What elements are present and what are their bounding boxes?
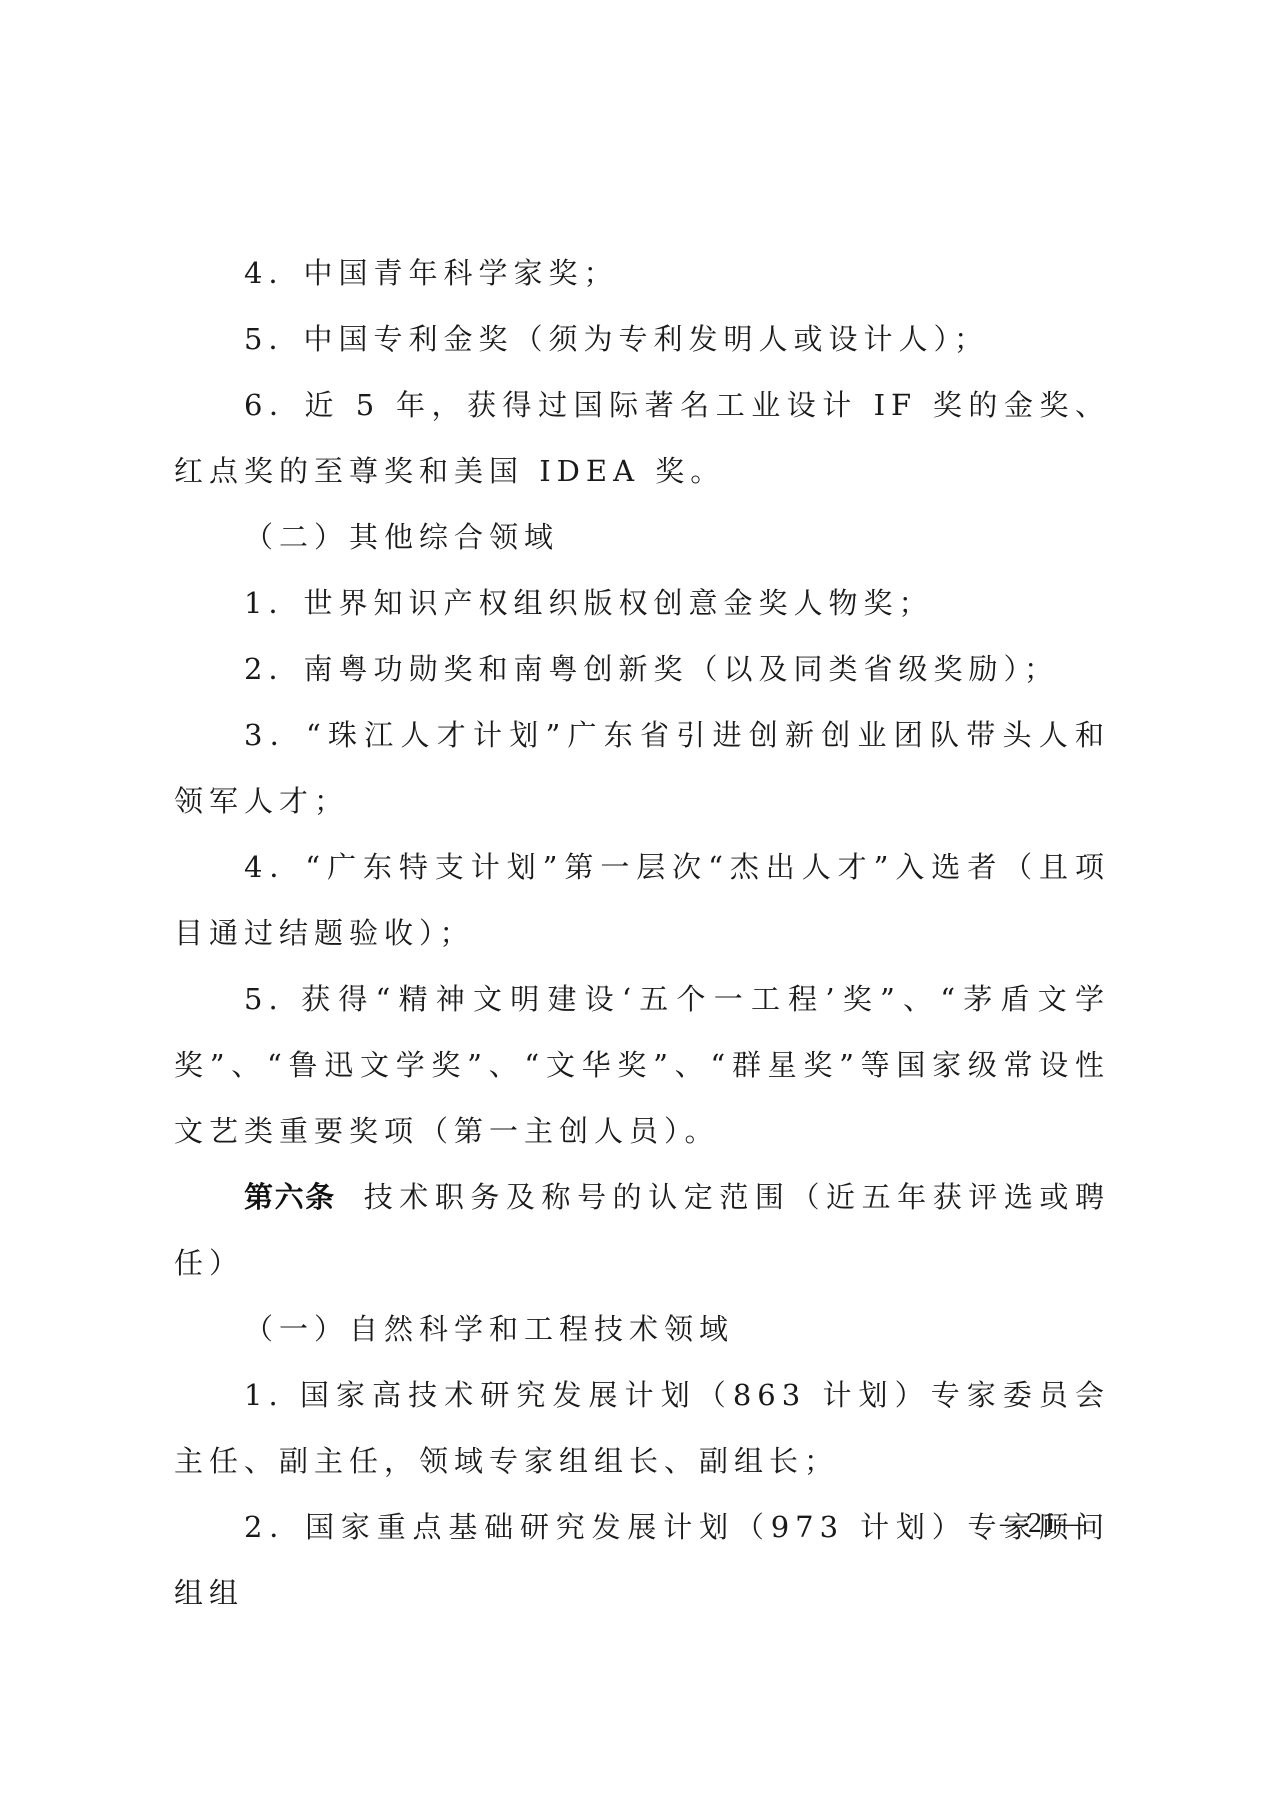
list-item-tech-2: 2．国家重点基础研究发展计划（973 计划）专家顾问组组 <box>174 1494 1110 1626</box>
list-item-other-2: 2．南粤功勋奖和南粤创新奖（以及同类省级奖励）； <box>174 636 1110 702</box>
list-item-other-5: 5. 获得“精神文明建设‘五个一工程’奖”、“茅盾文学奖”、“鲁迅文学奖”、“文… <box>174 966 1110 1164</box>
document-page: 4．中国青年科学家奖； 5．中国专利金奖（须为专利发明人或设计人）； 6．近 5… <box>0 0 1280 1810</box>
article-6-label: 第六条 <box>244 1180 336 1214</box>
list-item-other-1: 1．世界知识产权组织版权创意金奖人物奖； <box>174 570 1110 636</box>
list-item-other-4: 4．“广东特支计划”第一层次“杰出人才”入选者（且项目通过结题验收）； <box>174 834 1110 966</box>
page-number: —21— <box>1000 1508 1084 1540</box>
list-item-award-5: 5．中国专利金奖（须为专利发明人或设计人）； <box>174 306 1110 372</box>
document-body: 4．中国青年科学家奖； 5．中国专利金奖（须为专利发明人或设计人）； 6．近 5… <box>174 240 1110 1626</box>
list-item-award-4: 4．中国青年科学家奖； <box>174 240 1110 306</box>
list-item-other-3: 3．“珠江人才计划”广东省引进创新创业团队带头人和领军人才； <box>174 702 1110 834</box>
section-heading-natural-science: （一）自然科学和工程技术领域 <box>174 1296 1110 1362</box>
list-item-tech-1: 1. 国家高技术研究发展计划（863 计划）专家委员会主任、副主任，领域专家组组… <box>174 1362 1110 1494</box>
section-heading-other-fields: （二）其他综合领域 <box>174 504 1110 570</box>
list-item-award-6: 6．近 5 年，获得过国际著名工业设计 IF 奖的金奖、红点奖的至尊奖和美国 I… <box>174 372 1110 504</box>
article-6-paragraph: 第六条技术职务及称号的认定范围（近五年获评选或聘任） <box>174 1164 1110 1296</box>
